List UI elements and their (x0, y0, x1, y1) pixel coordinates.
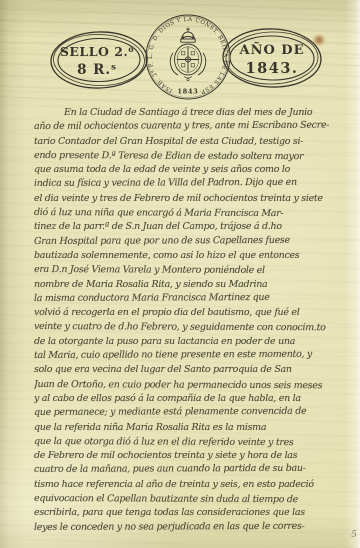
year-oval-icon: AÑO DE 1843. (220, 26, 324, 90)
handwriting-line: Gran Hospital para que por uno de sus Ca… (34, 233, 344, 249)
handwriting-line: que la referida niña Maria Rosalia Rita … (34, 421, 344, 435)
handwriting-line: bautizada solemnemente, como asi lo hizo… (34, 249, 344, 263)
year-line1: AÑO DE (238, 42, 304, 58)
manuscript-body: En la Ciudad de Santiago á trece dias de… (34, 106, 344, 548)
handwriting-line: año de mil ochocientos cuarenta y tres, … (34, 119, 344, 135)
handwriting-line: equivocacion el Capellan bautizante sin … (34, 492, 344, 508)
handwriting-line: endo presente D.ª Teresa de Edian de est… (34, 149, 344, 165)
handwriting-line: veinte y cuatro de d.ho Febrero, y segui… (34, 320, 344, 336)
handwriting-line: la misma conductora Maria Francisca Mart… (34, 291, 344, 307)
sello-stamp: SELLO 2.o 8 R.s (48, 29, 150, 91)
handwriting-line: volvió á recogerla en el propio dia del … (34, 306, 344, 320)
handwriting-line: solo que era vecina del lugar del Santo … (34, 363, 344, 377)
handwriting-line: indica su física y vecina de la Villa de… (34, 176, 344, 192)
handwriting-line: escribirla, para que tenga todas las con… (34, 506, 344, 520)
manuscript-page: SELLO 2.o 8 R.s ISAB. 2ª P. L. G. D. DIO… (0, 0, 360, 548)
handwriting-line: tinez de la parr.ª de S.n Juan del Campo… (34, 220, 344, 234)
sello-oval-icon: SELLO 2.o 8 R.s (48, 29, 150, 91)
sello-line1: SELLO 2.o (60, 44, 134, 59)
year-stamp: AÑO DE 1843. (220, 26, 324, 90)
handwriting-line: Juan de Ortoño, en cuio poder ha permane… (34, 378, 344, 394)
handwriting-line: tismo hace referencia al año de treinta … (34, 478, 344, 492)
handwriting-line: el dia veinte y tres de Febrero de mil o… (34, 192, 344, 206)
handwriting-line: nombre de Maria Rosalia Rita, y siendo s… (34, 278, 344, 292)
coat-of-arms-icon (170, 28, 206, 81)
year-line2: 1843. (246, 60, 299, 77)
sello-line2: 8 R.s (77, 62, 117, 78)
handwriting-line: que la que otorga dió á luz en el dia re… (34, 435, 344, 451)
stamp-header: SELLO 2.o 8 R.s ISAB. 2ª P. L. G. D. DIO… (0, 0, 360, 104)
seal-year: 1843 (178, 88, 199, 96)
handwriting-line: que permanece; y mediante está plenament… (34, 405, 344, 421)
royal-seal-stamp: ISAB. 2ª P. L. G. D. DIOS Y LA CONST. RE… (144, 13, 232, 101)
corner-mark: 5 (351, 530, 357, 540)
handwriting-line: tario Contador del Gran Hospital de esta… (34, 135, 344, 149)
handwriting-line: dió á luz una niña que encargó á Maria F… (34, 206, 344, 222)
handwriting-line: era D.n José Viema Varela y Montero poni… (34, 263, 344, 279)
royal-seal-icon: ISAB. 2ª P. L. G. D. DIOS Y LA CONST. RE… (144, 13, 232, 101)
handwriting-line: tal Maria, cuio apellido no tiene presen… (34, 348, 344, 364)
handwriting-line: cuatro de la mañana, pues aun cuando la … (34, 462, 344, 478)
handwriting-line: leyes le conceden y no sea perjudicada e… (34, 519, 344, 535)
